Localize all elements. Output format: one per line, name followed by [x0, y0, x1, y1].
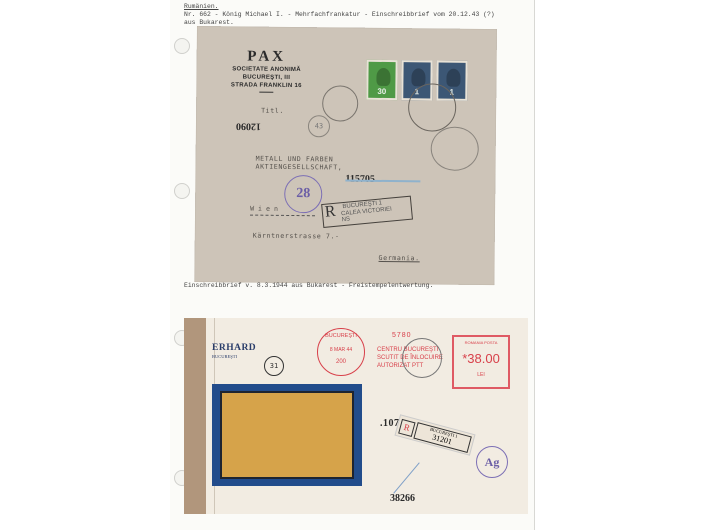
postmark: [408, 83, 457, 132]
caption-2: Einschreibbrief v. 8.3.1944 aus Bukarest…: [184, 282, 433, 290]
reference-number: 12090: [236, 120, 261, 131]
meter-stamp: ROMANIA POSTA *38.00 LEI: [452, 335, 510, 389]
stamp-value: 30: [368, 87, 395, 96]
green-stamp: 30: [366, 60, 397, 100]
address-window: [212, 384, 362, 486]
bottom-number: 38266: [390, 493, 415, 504]
addressee-line-2: AKTIENGESELLSCHAFT,: [255, 163, 342, 172]
king-portrait: [411, 68, 425, 86]
divider: [259, 92, 273, 93]
sender-name: PAX: [217, 48, 317, 66]
red-postmark: BUCUREŞTI 8 MAR 44 200: [317, 328, 365, 376]
underline: [250, 215, 315, 217]
registration-letter: R: [398, 419, 415, 437]
sender-line: STRADA FRANKLIN 16: [216, 81, 316, 90]
violet-censor: Ag: [476, 446, 508, 478]
postmark: [402, 338, 442, 378]
cover-1-sender: PAX SOCIETATE ANONIMĂ BUCUREŞTI, III STR…: [216, 48, 316, 93]
censor-tape: [184, 318, 206, 514]
country-heading: Rumänien.: [184, 3, 495, 11]
punch-hole: [174, 38, 190, 54]
sender-city: BUCUREŞTI: [212, 354, 237, 359]
registration-label: R BUCUREŞTI 1 CALEA VICTORIEI NS: [321, 196, 413, 228]
registration-box: BUCUREŞTI 1 31201: [413, 422, 471, 453]
postmark-date: 8 MAR 44: [318, 347, 364, 353]
censor-mark: 43: [308, 115, 330, 137]
postmark: [322, 85, 358, 121]
violet-censor: 28: [284, 175, 322, 213]
punch-hole: [174, 183, 190, 199]
address-city: Wien: [250, 205, 282, 213]
typed-note: Titl.: [261, 107, 284, 115]
cover-1-envelope: PAX SOCIETATE ANONIMĂ BUCUREŞTI, III STR…: [194, 26, 497, 285]
address-country: Germania.: [379, 254, 420, 262]
king-portrait: [446, 69, 460, 87]
blue-pencil-stroke: [393, 462, 419, 493]
meter-country: ROMANIA POSTA: [454, 340, 508, 345]
postmark-number: 200: [318, 359, 364, 365]
registration-line: NS: [341, 216, 350, 224]
cover-2-envelope: ERHARD BUCUREŞTI 31 BUCUREŞTI 8 MAR 44 2…: [184, 318, 528, 514]
censor-mark: 31: [264, 356, 284, 376]
meter-currency: LEI: [454, 372, 508, 378]
meter-number: 5780: [392, 332, 412, 339]
postmark-city: BUCUREŞTI: [318, 333, 364, 339]
caption-1-line-1: Nr. 662 - König Michael I. - Mehrfachfra…: [184, 11, 495, 19]
window-pane: [220, 391, 354, 479]
postmark: [431, 126, 479, 171]
meter-value: *38.00: [454, 351, 508, 366]
caption-1: Rumänien. Nr. 662 - König Michael I. - M…: [184, 3, 495, 27]
address-street: Kärntnerstrasse 7.-: [253, 232, 340, 241]
sender-name: ERHARD: [212, 343, 256, 353]
registration-letter: R: [325, 208, 336, 216]
king-portrait: [376, 68, 390, 86]
registration-label: R BUCUREŞTI 1 31201: [394, 414, 475, 455]
